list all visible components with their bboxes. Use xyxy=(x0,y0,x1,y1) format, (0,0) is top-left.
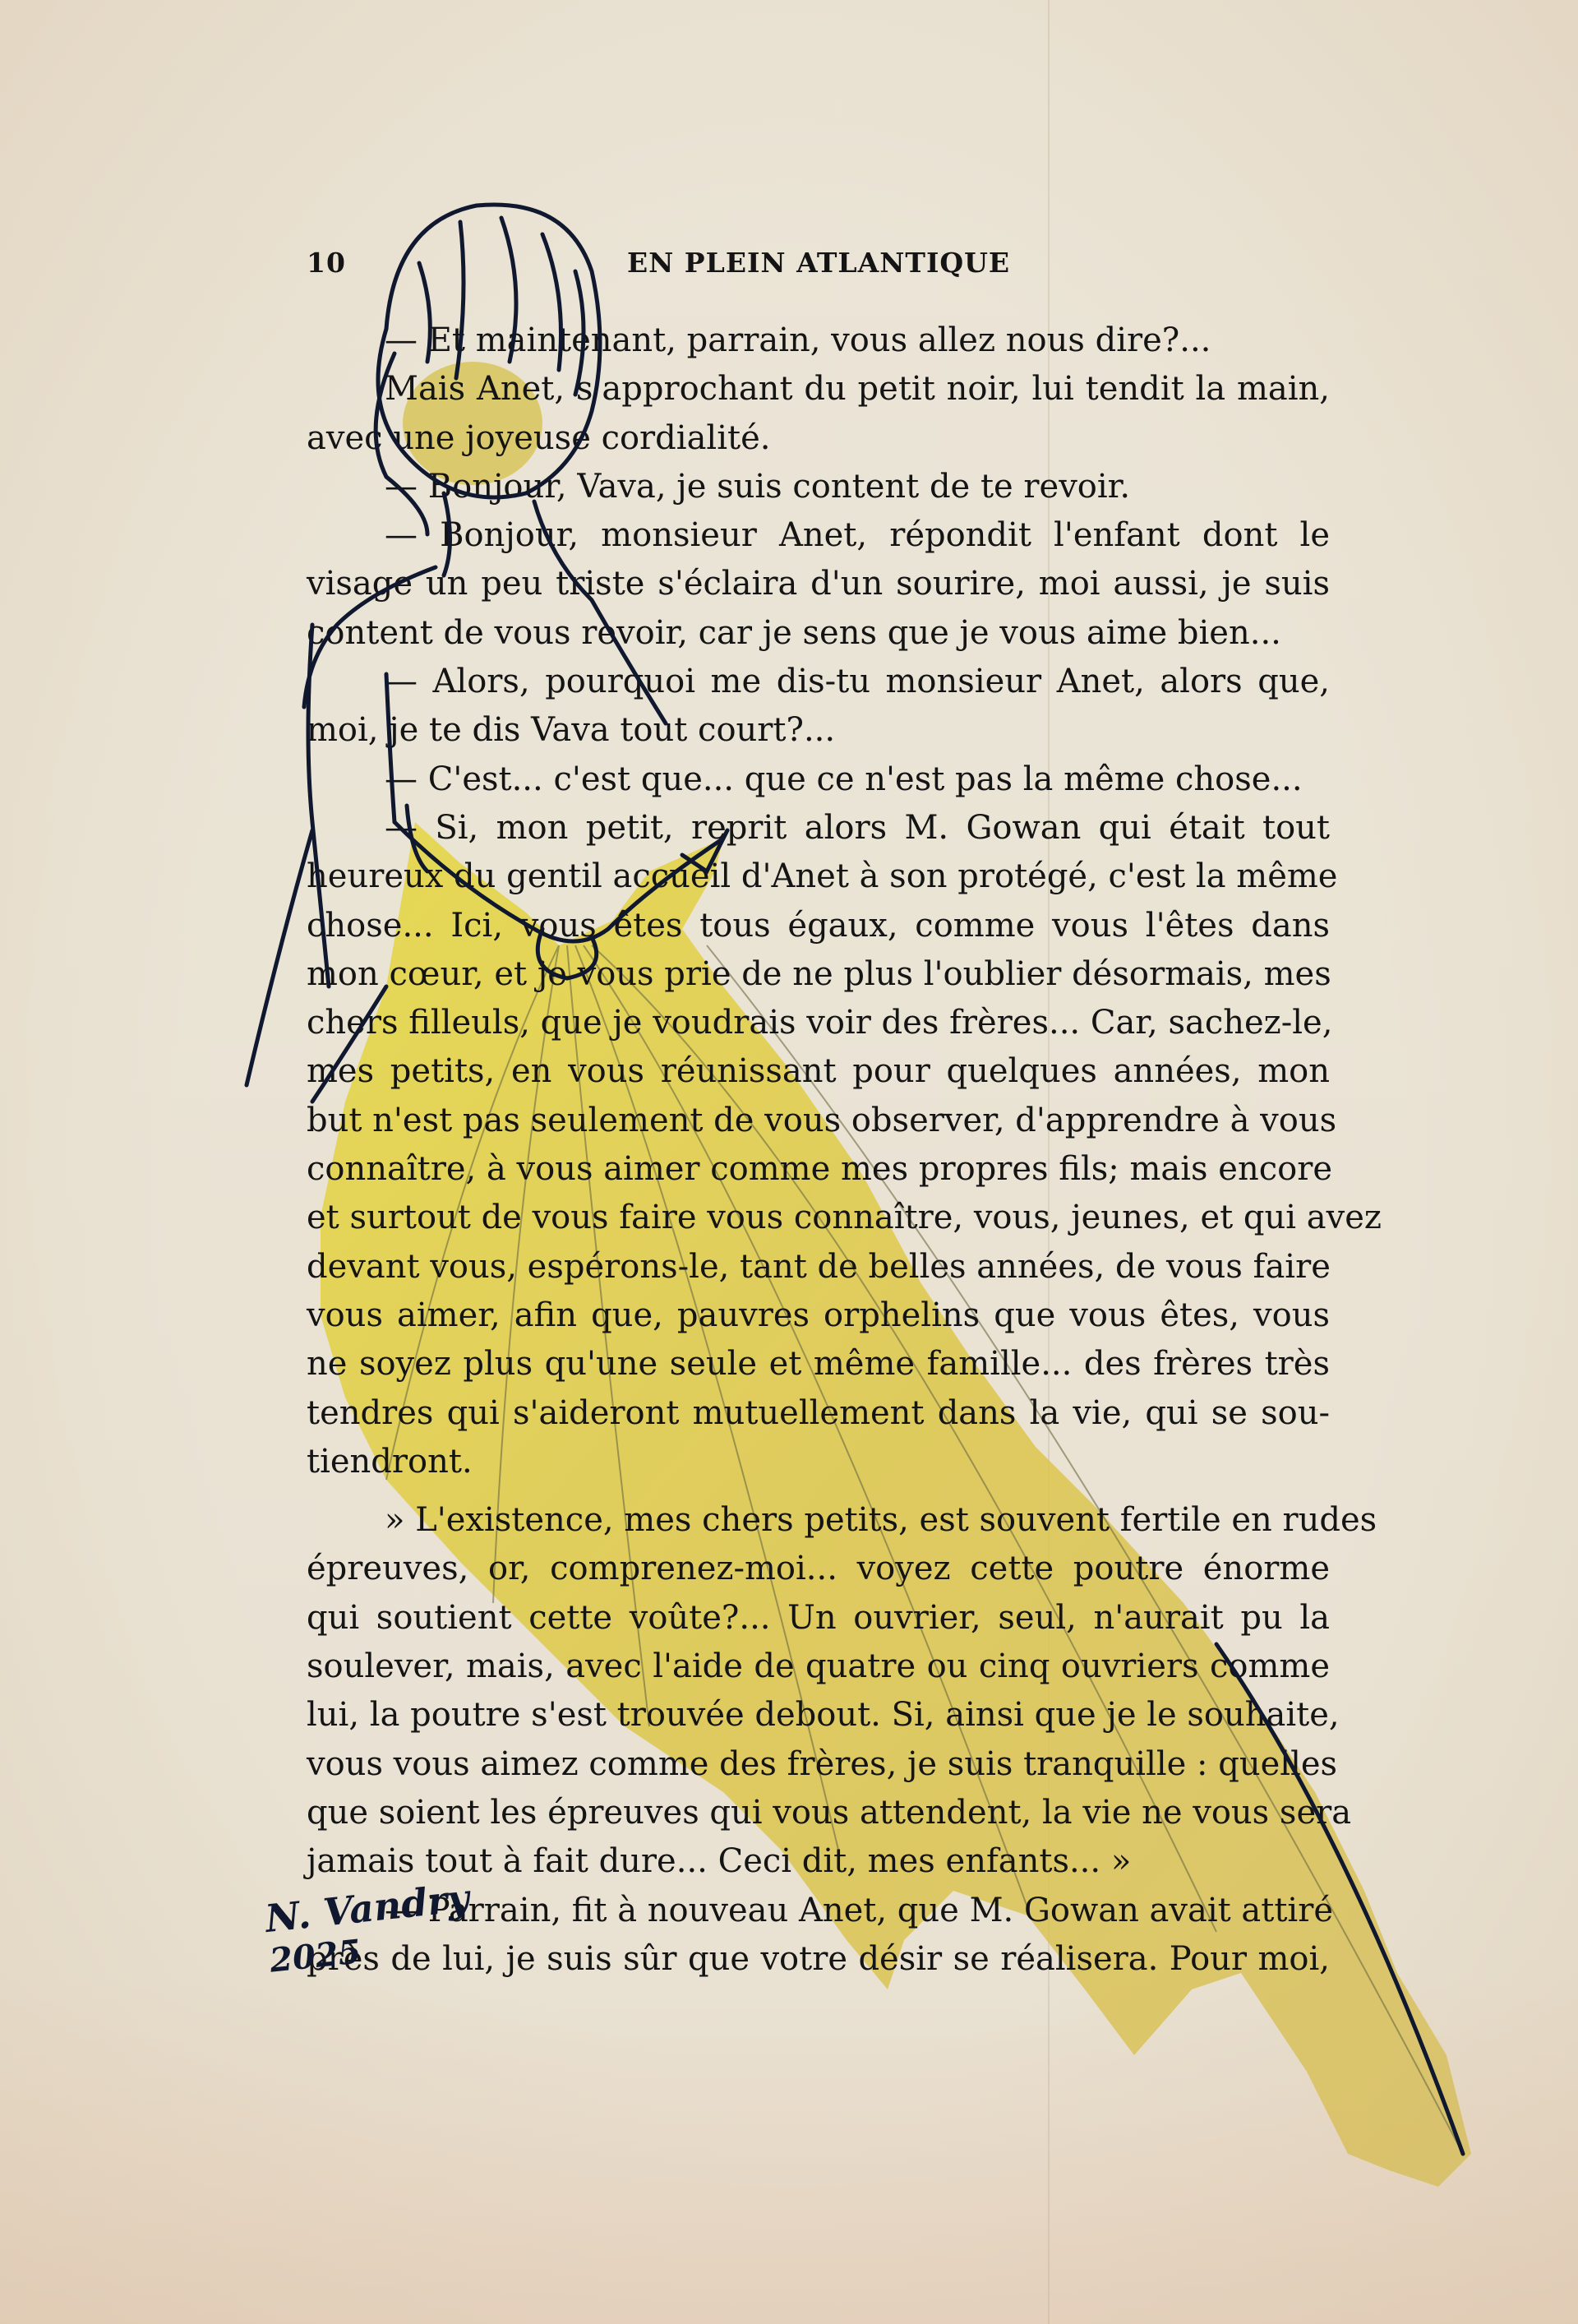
neck-line xyxy=(444,493,450,575)
ink-figure-sketch xyxy=(0,0,1578,2324)
head-outline xyxy=(378,205,600,497)
back-outline xyxy=(304,567,436,707)
